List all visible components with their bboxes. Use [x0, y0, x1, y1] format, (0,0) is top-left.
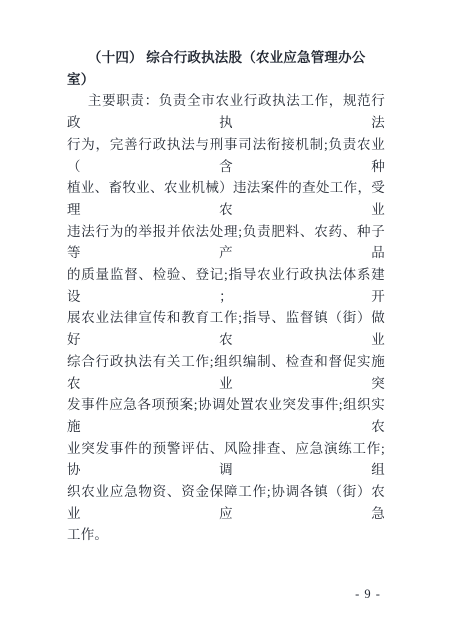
body-line: 业突发事件的预警评估、风险排查、应急演练工作;协调组 — [67, 438, 385, 481]
section-heading: （十四） 综合行政执法股（农业应急管理办公室） — [67, 47, 385, 90]
body-line: 植业、畜牧业、农业机械）违法案件的查处工作，受理农业 — [67, 177, 385, 220]
page-number: - 9 - — [340, 586, 396, 602]
body-line: 发事件应急各项预案;协调处置农业突发事件;组织实施农 — [67, 394, 385, 437]
body-line: 综合行政执法有关工作;组织编制、检查和督促实施农业突 — [67, 351, 385, 394]
document-page: （十四） 综合行政执法股（农业应急管理办公室） 主要职责：负责全市农业行政执法工… — [0, 0, 450, 638]
body-line: 织农业应急物资、资金保障工作;协调各镇（街）农业应急 — [67, 481, 385, 524]
body-line: 的质量监督、检验、登记;指导农业行政执法体系建设；开 — [67, 264, 385, 307]
document-content: （十四） 综合行政执法股（农业应急管理办公室） 主要职责：负责全市农业行政执法工… — [67, 47, 385, 546]
body-line: 行为，完善行政执法与刑事司法衔接机制;负责农业（含种 — [67, 134, 385, 177]
body-line: 工作。 — [67, 524, 385, 546]
body-line: 违法行为的举报并依法处理;负责肥料、农药、种子等产品 — [67, 221, 385, 264]
body-line: 主要职责：负责全市农业行政执法工作，规范行政执法 — [67, 90, 385, 133]
body-line: 展农业法律宣传和教育工作;指导、监督镇（街）做好农业 — [67, 307, 385, 350]
